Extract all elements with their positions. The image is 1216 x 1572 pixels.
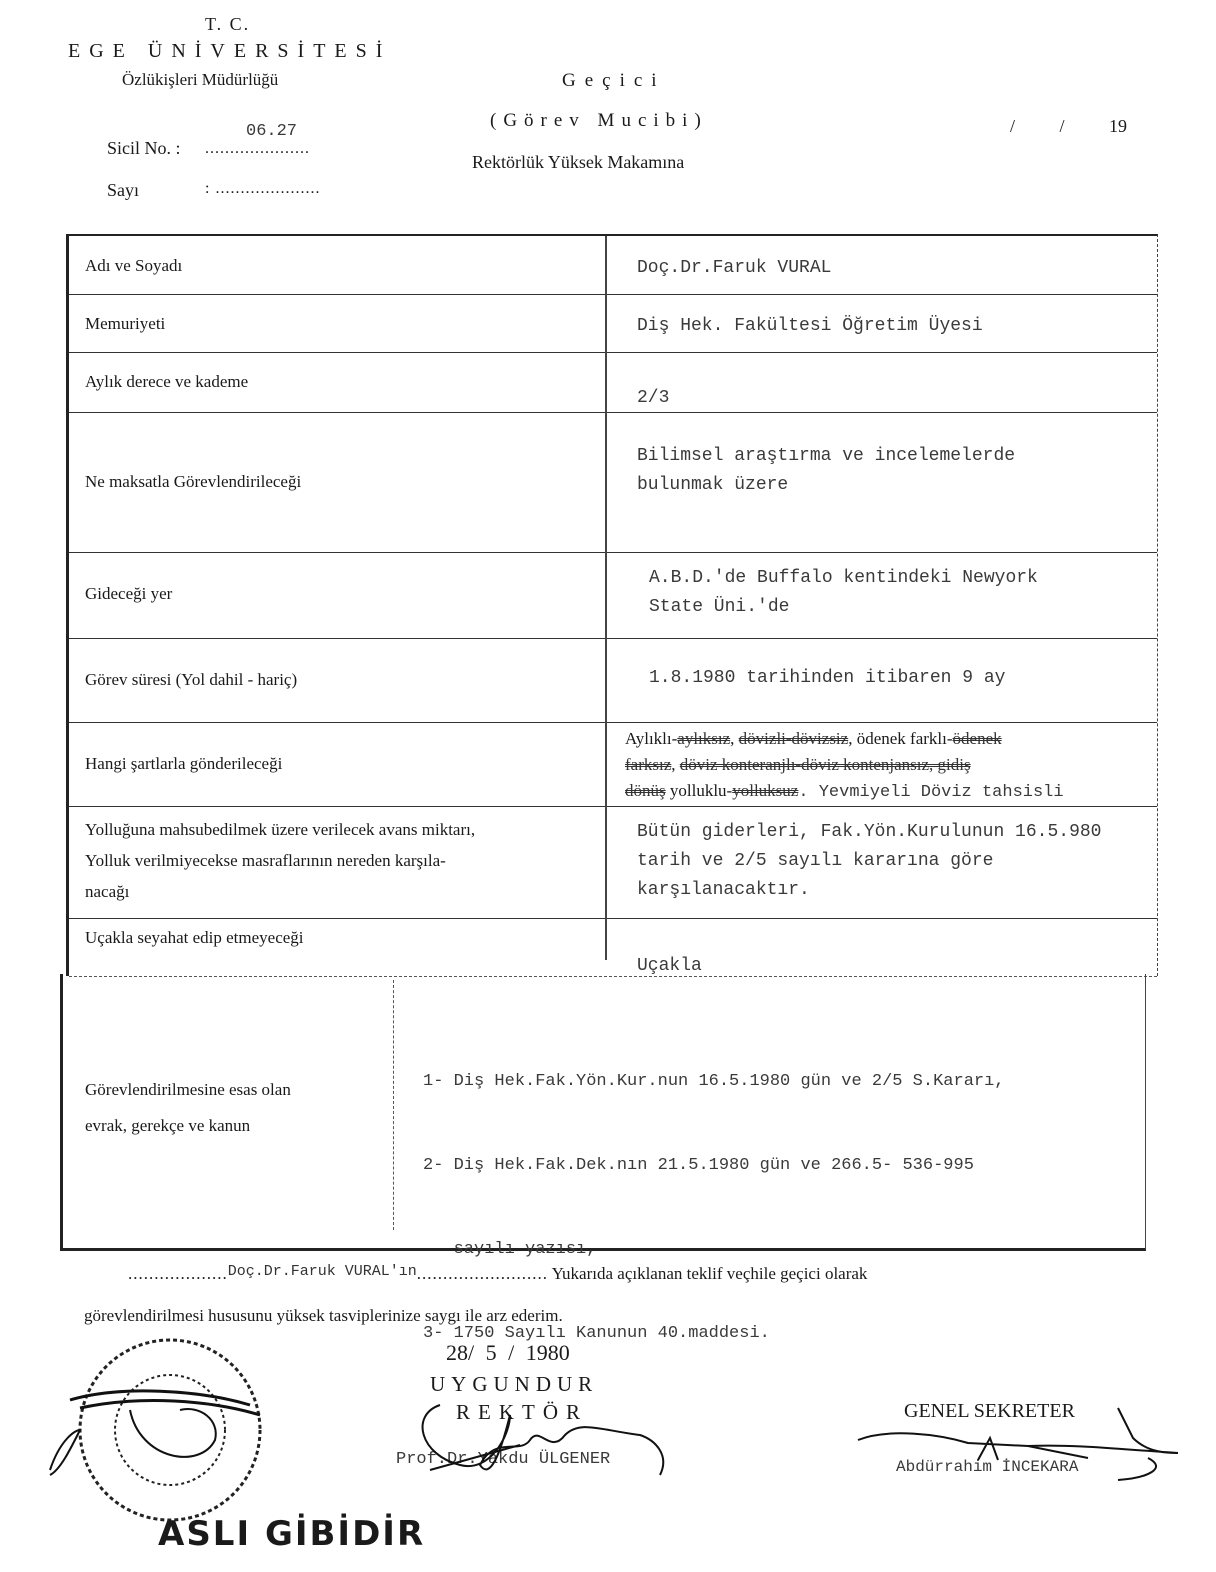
table-row: Gideceği yer A.B.D.'de Buffalo kentindek… [69,552,1157,639]
date-blank: / / 19 [1010,116,1127,137]
row-value-position: Diş Hek. Fakültesi Öğretim Üyesi [637,312,983,341]
approval-status: UYGUNDUR [430,1372,598,1397]
basis-item: 2- Diş Hek.Fak.Dek.nın 21.5.1980 gün ve … [423,1152,1005,1180]
row-label: Yolluğuna mahsubedilmek üzere verilecek … [85,814,475,907]
state-heading: T. C. [205,14,250,35]
basis-item: sayılı yazısı, [423,1236,1005,1264]
row-label: Adı ve Soyadı [85,250,182,281]
table-row: Aylık derece ve kademe 2/3 [69,352,1157,413]
row-label: Görev süresi (Yol dahil - hariç) [85,664,297,695]
basis-section: Görevlendirilmesine esas olan evrak, ger… [60,974,1146,1251]
row-label: Uçakla seyahat edip etmeyeceği [85,922,304,953]
row-value-name: Doç.Dr.Faruk VURAL [637,254,831,283]
request-name: Doç.Dr.Faruk VURAL'ın [228,1263,417,1280]
row-label: Memuriyeti [85,308,165,339]
sayi-field: : ..................... [205,180,320,198]
row-value-destination: A.B.D.'de Buffalo kentindeki Newyork Sta… [649,564,1038,622]
table-row: Uçakla seyahat edip etmeyeceği Uçakla [69,918,1157,977]
table-row: Hangi şartlarla gönderileceği Aylıklı-ay… [69,722,1157,807]
certified-copy-stamp: ASLI GİBİDİR [158,1514,425,1554]
row-value-grade: 2/3 [637,384,669,413]
basis-item: 1- Diş Hek.Fak.Yön.Kur.nun 16.5.1980 gün… [423,1068,1005,1096]
university-heading: EGE ÜNİVERSİTESİ [68,40,391,63]
row-label: Hangi şartlarla gönderileceği [85,748,282,779]
divider [393,980,394,1230]
approval-date: 28/ 5 / 1980 [446,1340,570,1366]
row-value-conditions: Aylıklı-aylıksız, dövizli-dövizsiz, öden… [625,726,1064,806]
basis-label: Görevlendirilmesine esas olan evrak, ger… [85,1072,291,1144]
assignment-table: Adı ve Soyadı Doç.Dr.Faruk VURAL Memuriy… [66,234,1158,976]
row-label: Aylık derece ve kademe [85,366,248,397]
row-label: Ne maksatla Görevlendirileceği [85,466,301,497]
addressee: Rektörlük Yüksek Makamına [472,152,684,173]
table-row: Görev süresi (Yol dahil - hariç) 1.8.198… [69,638,1157,723]
university-seal-icon [30,1330,350,1530]
request-line-1: ...................Doç.Dr.Faruk VURAL'ın… [128,1264,867,1284]
row-label: Gideceği yer [85,578,172,609]
document-subtitle: (Görev Mucibi) [490,110,708,132]
sayi-label: Sayı [107,180,139,201]
sicil-dots: ..................... [205,140,310,158]
row-value-purpose: Bilimsel araştırma ve incelemelerde bulu… [637,442,1015,500]
rector-signature-icon [400,1395,680,1485]
row-value-duration: 1.8.1980 tarihinden itibaren 9 ay [649,664,1005,693]
table-row: Adı ve Soyadı Doç.Dr.Faruk VURAL [69,236,1157,295]
department-heading: Özlükişleri Müdürlüğü [122,70,278,90]
secretary-signature-icon [848,1398,1188,1488]
table-row: Ne maksatla Görevlendirileceği Bilimsel … [69,412,1157,553]
sicil-value: 06.27 [246,122,297,141]
request-line-2: görevlendirilmesi hususunu yüksek tasvip… [84,1306,563,1326]
sicil-label: Sicil No. : [107,138,181,159]
document-title: Geçici [562,70,666,92]
table-row: Yolluğuna mahsubedilmek üzere verilecek … [69,806,1157,919]
table-row: Memuriyeti Diş Hek. Fakültesi Öğretim Üy… [69,294,1157,353]
row-value-expenses: Bütün giderleri, Fak.Yön.Kurulunun 16.5.… [637,818,1101,905]
